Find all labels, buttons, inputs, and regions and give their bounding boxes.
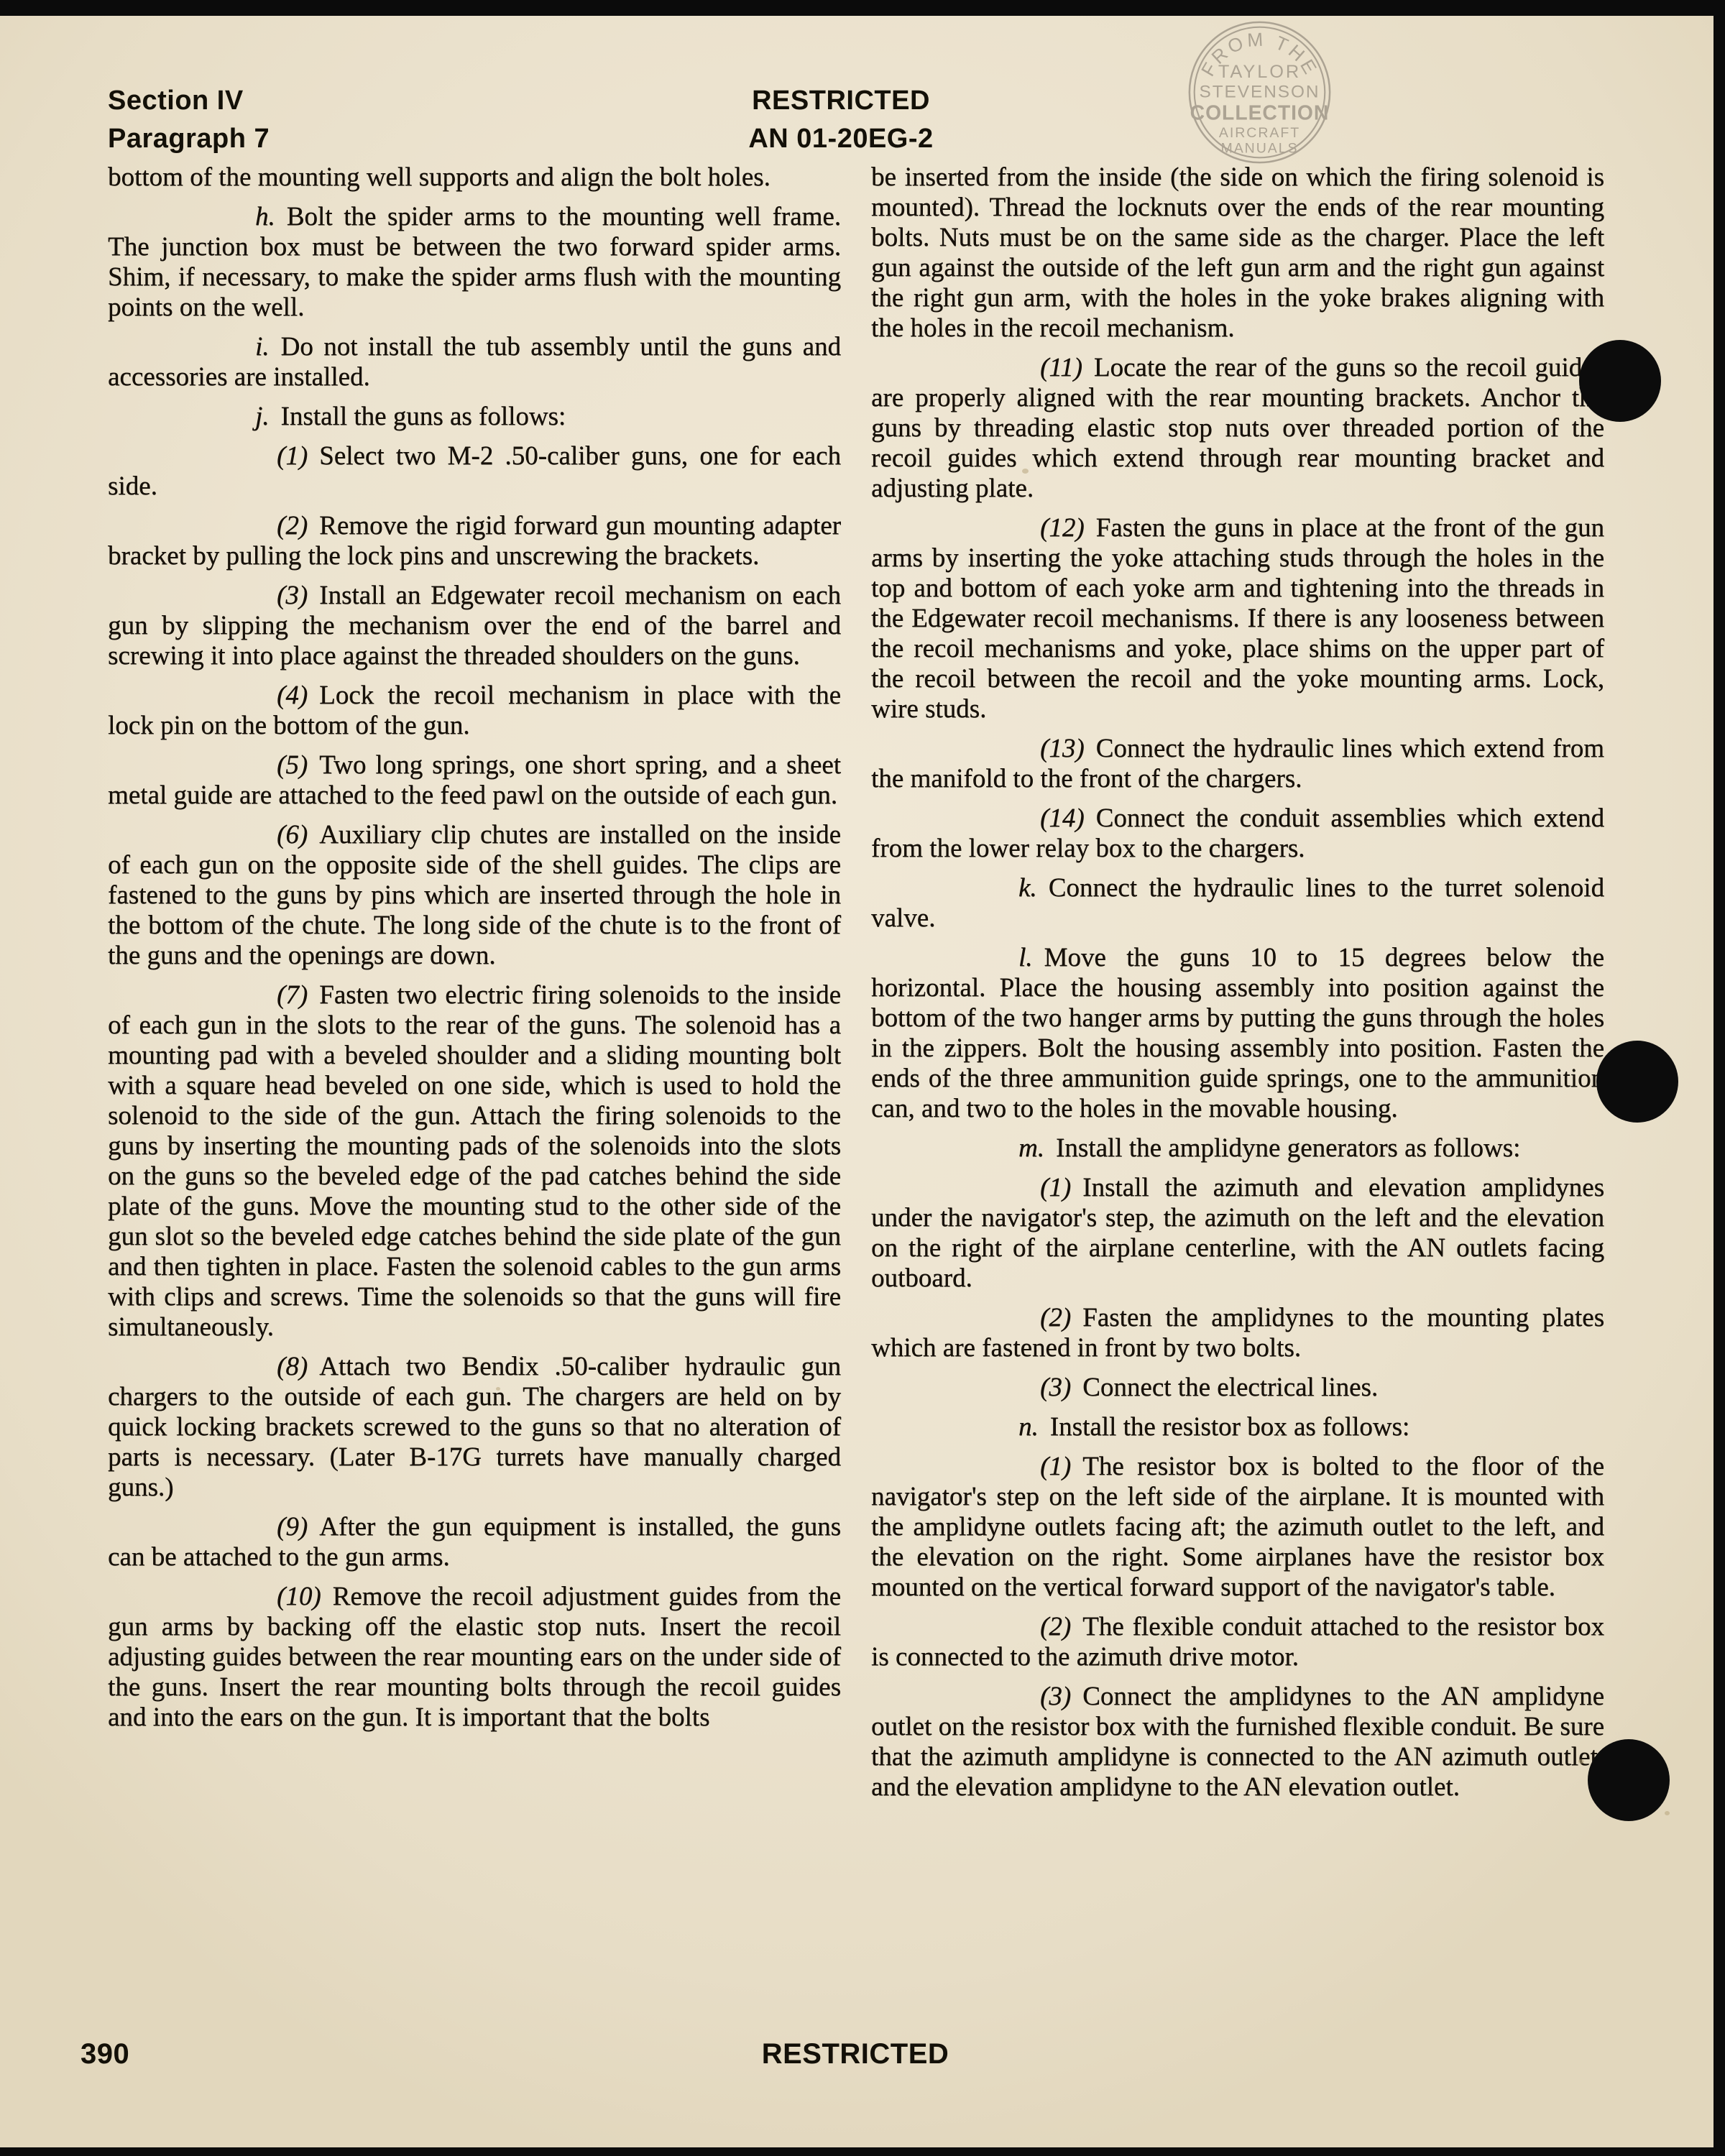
paragraph-marker: (2) <box>277 511 308 540</box>
paragraph-marker: (4) <box>277 681 308 710</box>
paragraph-text: be inserted from the inside (the side on… <box>871 162 1604 343</box>
scan-edge-top <box>0 0 1725 16</box>
paragraph-marker: (1) <box>1040 1173 1071 1202</box>
classification-banner: RESTRICTED <box>686 82 995 120</box>
paragraph: (1)Select two M-2 .50-caliber guns, one … <box>108 441 841 502</box>
paragraph-marker: (3) <box>277 581 308 610</box>
paragraph-text: bottom of the mounting well supports and… <box>108 162 770 192</box>
stamp-line: STEVENSON <box>1199 82 1320 101</box>
stamp-line: MANUALS <box>1220 140 1298 156</box>
punch-hole <box>1596 1041 1678 1123</box>
paragraph: k.Connect the hydraulic lines to the tur… <box>871 873 1604 934</box>
paragraph: h.Bolt the spider arms to the mounting w… <box>108 202 841 323</box>
paragraph-marker: l. <box>1018 943 1033 972</box>
paragraph-text: Install the azimuth and elevation amplid… <box>871 1173 1604 1293</box>
paragraph-text: Select two M-2 .50-caliber guns, one for… <box>108 441 841 501</box>
collection-stamp: FROM THE TAYLOR STEVENSON COLLECTION AIR… <box>1186 19 1333 166</box>
paragraph-marker: i. <box>255 332 270 361</box>
paragraph-text: Attach two Bendix .50-caliber hydraulic … <box>108 1352 841 1502</box>
paragraph-text: Remove the rigid forward gun mounting ad… <box>108 511 841 571</box>
paragraph-marker: (6) <box>277 820 308 849</box>
paragraph: n.Install the resistor box as follows: <box>871 1412 1604 1442</box>
paragraph-text: Install an Edgewater recoil mechanism on… <box>108 581 841 671</box>
paragraph-text: Connect the conduit assemblies which ext… <box>871 803 1604 863</box>
footer-classification: RESTRICTED <box>701 2038 1010 2070</box>
scan-edge-bottom <box>0 2147 1725 2156</box>
paragraph-marker: (2) <box>1040 1612 1071 1641</box>
paragraph: (8)Attach two Bendix .50-caliber hydraul… <box>108 1352 841 1503</box>
header-center: RESTRICTED AN 01-20EG-2 <box>686 82 995 158</box>
paragraph-marker: (13) <box>1040 734 1085 763</box>
paragraph: (14)Connect the conduit assemblies which… <box>871 803 1604 864</box>
paragraph: be inserted from the inside (the side on… <box>871 162 1604 344</box>
paragraph: (3)Install an Edgewater recoil mechanism… <box>108 581 841 671</box>
paragraph: m.Install the amplidyne generators as fo… <box>871 1133 1604 1164</box>
paragraph: (6)Auxiliary clip chutes are installed o… <box>108 820 841 971</box>
paragraph-text: Two long springs, one short spring, and … <box>108 750 841 810</box>
header-left: Section IV Paragraph 7 <box>108 82 270 158</box>
paragraph: (2)The flexible conduit attached to the … <box>871 1612 1604 1672</box>
paragraph-marker: (3) <box>1040 1682 1071 1711</box>
paragraph-marker: (3) <box>1040 1373 1071 1402</box>
paragraph-text: Install the resistor box as follows: <box>1050 1412 1409 1442</box>
paragraph-text: After the gun equipment is installed, th… <box>108 1512 841 1572</box>
paragraph-marker: (1) <box>1040 1452 1071 1481</box>
paper-speck <box>496 1387 500 1391</box>
paragraph-text: Auxiliary clip chutes are installed on t… <box>108 820 841 970</box>
paragraph-marker: (12) <box>1040 513 1085 543</box>
paragraph-marker: j. <box>255 402 270 431</box>
paragraph: i.Do not install the tub assembly until … <box>108 332 841 392</box>
paragraph: (13)Connect the hydraulic lines which ex… <box>871 734 1604 794</box>
paragraph-marker: (1) <box>277 441 308 471</box>
paragraph-text: Connect the amplidynes to the AN amplidy… <box>871 1682 1604 1802</box>
section-label: Section IV <box>108 82 270 120</box>
paragraph-text: Fasten the amplidynes to the mounting pl… <box>871 1303 1604 1363</box>
paragraph-text: Install the guns as follows: <box>281 402 566 431</box>
paragraph-marker: (11) <box>1040 353 1082 382</box>
paragraph-marker: h. <box>255 202 275 231</box>
paragraph-text: Locate the rear of the guns so the recoi… <box>871 353 1604 503</box>
paragraph: (12)Fasten the guns in place at the fron… <box>871 513 1604 724</box>
paragraph-text: Connect the electrical lines. <box>1082 1373 1378 1402</box>
paragraph: bottom of the mounting well supports and… <box>108 162 841 193</box>
paragraph-marker: (8) <box>277 1352 308 1381</box>
left-column: bottom of the mounting well supports and… <box>108 162 841 1742</box>
manual-page: FROM THE TAYLOR STEVENSON COLLECTION AIR… <box>0 0 1725 2156</box>
paragraph: (4)Lock the recoil mechanism in place wi… <box>108 681 841 741</box>
paragraph-text: Install the amplidyne generators as foll… <box>1056 1133 1520 1163</box>
paragraph-marker: (10) <box>277 1582 321 1611</box>
paragraph: (10)Remove the recoil adjustment guides … <box>108 1582 841 1733</box>
paragraph-text: Remove the recoil adjustment guides from… <box>108 1582 841 1732</box>
paragraph-text: The resistor box is bolted to the floor … <box>871 1452 1604 1602</box>
paper-speck <box>1578 1759 1584 1764</box>
paragraph-label: Paragraph 7 <box>108 120 270 158</box>
paragraph-text: Connect the hydraulic lines which extend… <box>871 734 1604 793</box>
paragraph: l.Move the guns 10 to 15 degrees below t… <box>871 943 1604 1124</box>
paragraph: (5)Two long springs, one short spring, a… <box>108 750 841 811</box>
paragraph: (3)Connect the electrical lines. <box>871 1373 1604 1403</box>
paragraph: (1)The resistor box is bolted to the flo… <box>871 1452 1604 1603</box>
paragraph-text: Lock the recoil mechanism in place with … <box>108 681 841 740</box>
paragraph: (1)Install the azimuth and elevation amp… <box>871 1173 1604 1294</box>
paragraph-marker: (5) <box>277 750 308 780</box>
paragraph-text: The flexible conduit attached to the res… <box>871 1612 1604 1672</box>
stamp-line: COLLECTION <box>1190 101 1330 124</box>
paragraph-text: Do not install the tub assembly until th… <box>108 332 841 392</box>
paragraph-text: Move the guns 10 to 15 degrees below the… <box>871 943 1604 1123</box>
paragraph-marker: n. <box>1018 1412 1039 1442</box>
right-column: be inserted from the inside (the side on… <box>871 162 1604 1812</box>
paragraph-marker: m. <box>1018 1133 1044 1163</box>
paragraph: (11)Locate the rear of the guns so the r… <box>871 353 1604 504</box>
paragraph-marker: k. <box>1018 873 1037 903</box>
paragraph: (7)Fasten two electric firing solenoids … <box>108 980 841 1342</box>
scan-edge-right <box>1713 0 1725 2156</box>
paragraph-marker: (2) <box>1040 1303 1071 1332</box>
paragraph-text: Fasten the guns in place at the front of… <box>871 513 1604 724</box>
paragraph-marker: (7) <box>277 980 308 1010</box>
document-number: AN 01-20EG-2 <box>686 120 995 158</box>
stamp-line: AIRCRAFT <box>1219 125 1300 141</box>
paper-speck <box>1022 469 1029 474</box>
paragraph-text: Connect the hydraulic lines to the turre… <box>871 873 1604 933</box>
paragraph: (2)Remove the rigid forward gun mounting… <box>108 511 841 571</box>
paragraph: (3)Connect the amplidynes to the AN ampl… <box>871 1682 1604 1802</box>
paragraph: j.Install the guns as follows: <box>108 402 841 432</box>
stamp-line: TAYLOR <box>1218 62 1301 82</box>
punch-hole <box>1579 340 1661 422</box>
page-number: 390 <box>80 2038 129 2070</box>
paper-speck <box>1665 1811 1670 1815</box>
paragraph-marker: (14) <box>1040 803 1085 833</box>
paragraph-marker: (9) <box>277 1512 308 1542</box>
paragraph: (9)After the gun equipment is installed,… <box>108 1512 841 1572</box>
paragraph-text: Fasten two electric firing solenoids to … <box>108 980 841 1342</box>
paragraph-text: Bolt the spider arms to the mounting wel… <box>108 202 841 322</box>
paragraph: (2)Fasten the amplidynes to the mounting… <box>871 1303 1604 1363</box>
punch-hole <box>1588 1739 1670 1821</box>
